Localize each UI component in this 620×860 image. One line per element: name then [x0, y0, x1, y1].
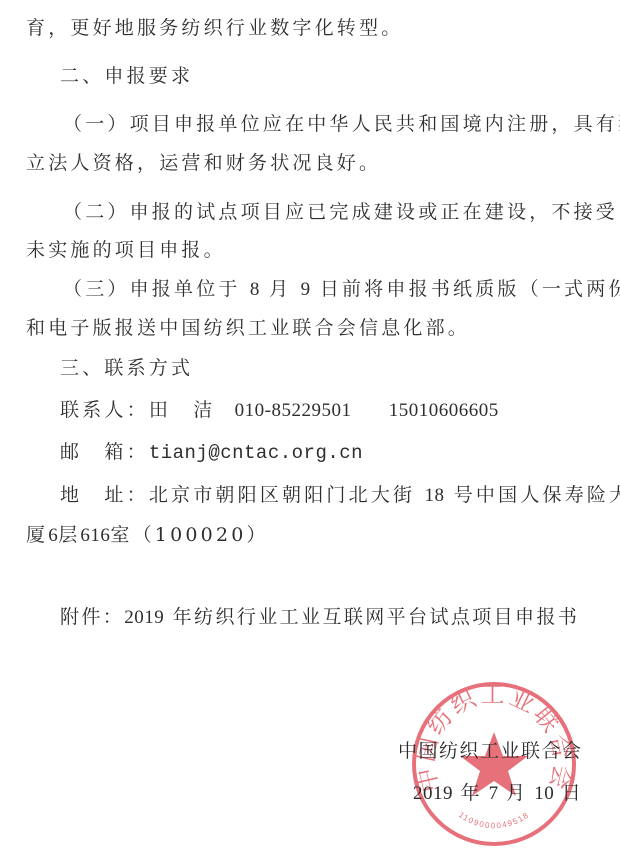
address-text-b: 号中国人保寿险大: [454, 484, 620, 506]
contact-email-line: 邮 箱：tianj@cntac.org.cn: [60, 440, 363, 465]
contact-person-label: 联系人：: [60, 399, 149, 421]
attachment-title: 年纺织行业工业互联网平台试点项目申报书: [173, 606, 580, 628]
date-month-unit: 月: [506, 782, 527, 804]
contact-email[interactable]: tianj@cntac.org.cn: [149, 442, 363, 464]
contact-address-label: 地 址：: [60, 484, 149, 506]
contact-email-label: 邮 箱：: [60, 441, 149, 463]
official-seal-icon: 中国纺织工业联合会 1109000049518: [410, 680, 578, 848]
address-text-d: 层: [58, 524, 80, 546]
item-3-text-a: （三）申报单位于: [63, 278, 241, 300]
address-text-e: 室（100020）: [110, 524, 268, 546]
requirement-item-3-line-1: （三）申报单位于 8 月 9 日前将申报书纸质版（一式两份）: [63, 277, 620, 302]
contact-phone: 010-85229501: [235, 400, 352, 421]
section-heading-requirements: 二、申报要求: [60, 64, 193, 88]
attachment-year: 2019: [124, 607, 164, 628]
item-3-day: 9: [301, 279, 311, 300]
contact-address-line-1: 地 址：北京市朝阳区朝阳门北大街 18 号中国人保寿险大: [60, 483, 620, 508]
date-day: 10: [534, 783, 554, 804]
attachment-line: 附件：2019 年纺织行业工业互联网平台试点项目申报书: [60, 605, 579, 630]
seal-serial: 1109000049518: [457, 810, 531, 830]
requirement-item-1-line-1: （一）项目申报单位应在中华人民共和国境内注册，具有独: [63, 112, 620, 136]
svg-text:1109000049518: 1109000049518: [457, 810, 531, 830]
requirement-item-3-line-2: 和电子版报送中国纺织工业联合会信息化部。: [26, 316, 470, 340]
section-heading-contact: 三、联系方式: [60, 356, 193, 380]
item-3-month: 8: [250, 279, 260, 300]
date-month: 7: [489, 783, 499, 804]
attachment-label: 附件：: [60, 606, 124, 628]
item-3-text-c: 日前将申报书纸质版（一式两份）: [320, 278, 620, 300]
contact-address-line-2: 厦6层616室（100020）: [26, 523, 269, 548]
signature-organization: 中国纺织工业联合会: [398, 736, 583, 763]
address-text-a: 北京市朝阳区朝阳门北大街: [149, 484, 415, 506]
address-floor: 6: [48, 525, 58, 546]
contact-person-line: 联系人：田 洁 010-85229501 15010606605: [60, 398, 499, 423]
contact-person-name: 田 洁: [149, 399, 216, 421]
requirement-item-2-line-1: （二）申报的试点项目应已完成建设或正在建设，不接受尚: [63, 200, 620, 224]
address-number: 18: [424, 485, 444, 506]
paragraph-continuation: 育，更好地服务纺织行业数字化转型。: [26, 16, 403, 40]
contact-mobile: 15010606605: [389, 400, 499, 421]
address-room: 616: [80, 525, 110, 546]
address-text-c: 厦: [26, 524, 48, 546]
date-year: 2019: [413, 783, 453, 804]
signature-date: 2019 年 7 月 10 日: [413, 778, 582, 805]
requirement-item-1-line-2: 立法人资格，运营和财务状况良好。: [26, 151, 381, 175]
item-3-text-b: 月: [269, 278, 291, 300]
date-year-unit: 年: [461, 782, 482, 804]
requirement-item-2-line-2: 未实施的项目申报。: [26, 238, 226, 262]
date-day-unit: 日: [562, 782, 583, 804]
